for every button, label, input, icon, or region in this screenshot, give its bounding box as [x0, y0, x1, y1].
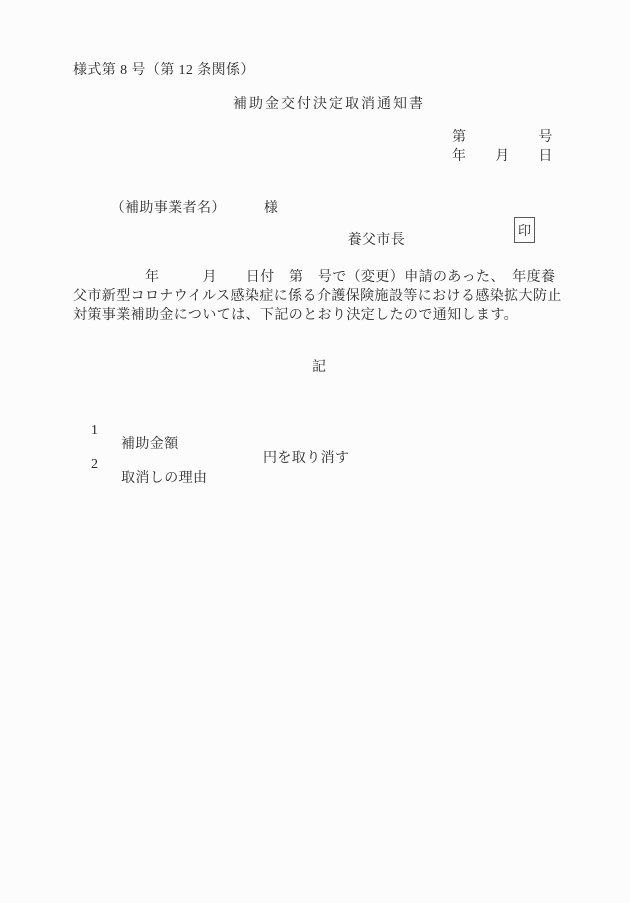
issuer-title: 養父市長 — [348, 233, 406, 248]
document-title: 補助金交付決定取消通知書 — [233, 98, 425, 112]
item-number: 2 — [91, 458, 98, 472]
document-page: 様式第 8 号（第 12 条関係） 補助金交付決定取消通知書 第 号 年 月 日… — [0, 0, 630, 903]
seal-box: 印 — [514, 217, 535, 243]
addressee-name-placeholder: （補助事業者名） — [111, 201, 226, 216]
seal-label: 印 — [518, 224, 531, 237]
record-marker: 記 — [312, 361, 326, 375]
list-item-cancellation-reason: 2 取消しの理由 — [91, 444, 561, 460]
date-line: 年 月 日 — [452, 150, 553, 164]
addressee-honorific: 様 — [264, 201, 278, 216]
form-number: 様式第 8 号（第 12 条関係） — [73, 64, 255, 78]
body-paragraph-line-3: 対策事業補助金については、下記のとおり決定したので通知します。 — [73, 309, 518, 323]
list-item-subsidy-amount: 1 補助金額 円を取り消す — [91, 410, 561, 426]
addressee-line: （補助事業者名）様 — [95, 188, 278, 230]
document-number-line: 第 号 — [452, 131, 553, 145]
issuer-line: 養父市長 — [332, 220, 405, 262]
item-number: 1 — [91, 424, 98, 438]
item-label: 取消しの理由 — [121, 472, 207, 486]
body-paragraph-line-2: 父市新型コロナウイルス感染症に係る介護保険施設等における感染拡大防止 — [73, 290, 562, 304]
body-paragraph-line-1: 年 月 日付 第 号で（変更）申請のあった、 年度養 — [73, 271, 555, 285]
